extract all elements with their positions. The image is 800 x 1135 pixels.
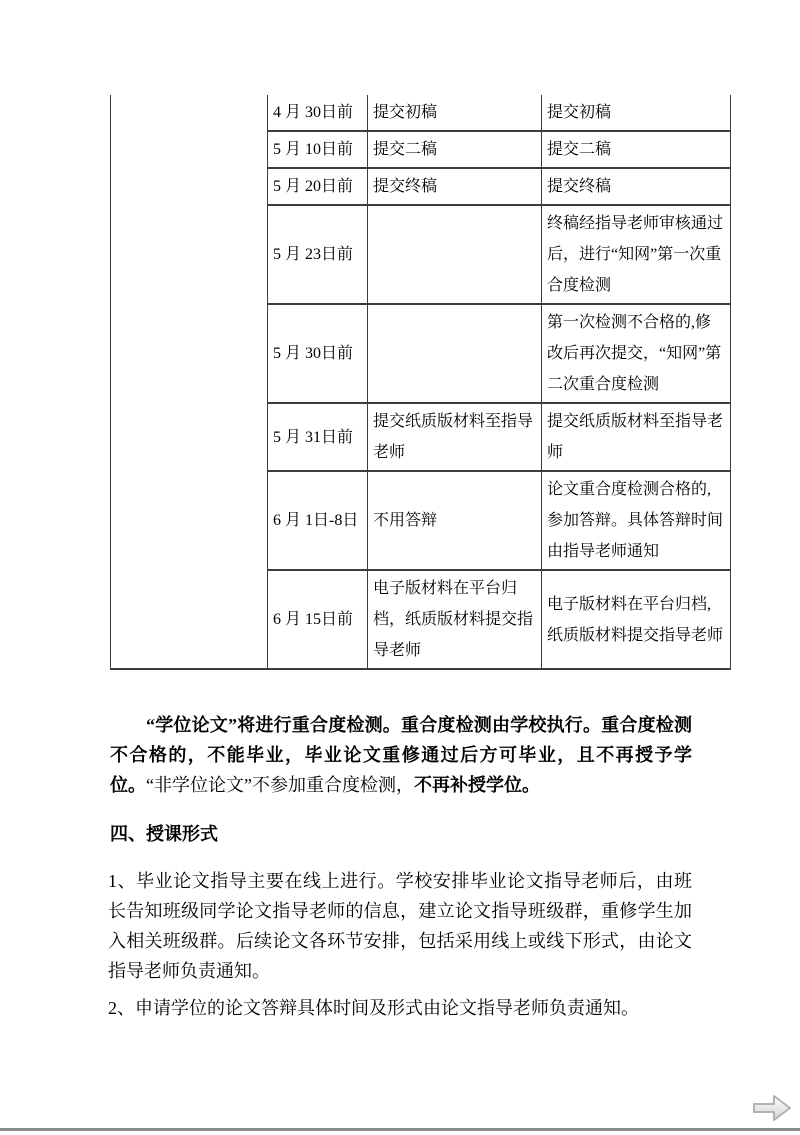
table-cell-task: 提交终稿 [368, 168, 542, 205]
plagiarism-notice-paragraph: “学位论文”将进行重合度检测。重合度检测由学校执行。重合度检测不合格的，不能毕业… [110, 710, 692, 800]
page-bottom-edge [0, 1128, 800, 1131]
table-cell-detail: 终稿经指导老师审核通过后，进行“知网”第一次重合度检测 [542, 205, 731, 304]
table-cell-detail: 提交初稿 [542, 95, 731, 131]
table-cell-date: 6 月 1日-8日 [268, 471, 368, 570]
table-cell-task: 提交初稿 [368, 95, 542, 131]
section-paragraph-2: 2、申请学位的论文答辩具体时间及形式由论文指导老师负责通知。 [108, 993, 692, 1023]
table-cell-task: 提交二稿 [368, 131, 542, 168]
table-cell-detail: 提交二稿 [542, 131, 731, 168]
table-cell-task [368, 205, 542, 304]
table-cell-date: 4 月 30日前 [268, 95, 368, 131]
table-cell-date: 5 月 10日前 [268, 131, 368, 168]
table-cell-date: 6 月 15日前 [268, 570, 368, 669]
table-cell-task: 不用答辩 [368, 471, 542, 570]
table-cell-detail: 论文重合度检测合格的,参加答辩。具体答辩时间由指导老师通知 [542, 471, 731, 570]
table-cell-detail: 第一次检测不合格的,修改后再次提交，“知网”第二次重合度检测 [542, 304, 731, 403]
notice-regular-text: “非学位论文”不参加重合度检测， [146, 775, 414, 795]
table-row: 4 月 30日前 提交初稿 提交初稿 [111, 95, 731, 131]
document-page: 4 月 30日前 提交初稿 提交初稿 5 月 10日前 提交二稿 提交二稿 5 … [0, 0, 800, 1135]
table-cell-detail: 提交纸质版材料至指导老师 [542, 403, 731, 471]
section-paragraph-1: 1、毕业论文指导主要在线上进行。学校安排毕业论文指导老师后，由班长告知班级同学论… [108, 866, 692, 986]
next-page-arrow-icon[interactable] [752, 1093, 792, 1123]
table-cell-detail: 电子版材料在平台归档,纸质版材料提交指导老师 [542, 570, 731, 669]
table-cell-task [368, 304, 542, 403]
notice-bold-text: 不再补授学位。 [414, 775, 540, 795]
schedule-table: 4 月 30日前 提交初稿 提交初稿 5 月 10日前 提交二稿 提交二稿 5 … [110, 95, 731, 670]
table-cell-task: 电子版材料在平台归档，纸质版材料提交指导老师 [368, 570, 542, 669]
table-cell-date: 5 月 23日前 [268, 205, 368, 304]
table-cell-date: 5 月 30日前 [268, 304, 368, 403]
table-cell-detail: 提交终稿 [542, 168, 731, 205]
table-cell-category-empty [111, 95, 268, 669]
table-cell-date: 5 月 31日前 [268, 403, 368, 471]
section-heading: 四、授课形式 [110, 820, 218, 846]
table-cell-date: 5 月 20日前 [268, 168, 368, 205]
table-cell-task: 提交纸质版材料至指导老师 [368, 403, 542, 471]
